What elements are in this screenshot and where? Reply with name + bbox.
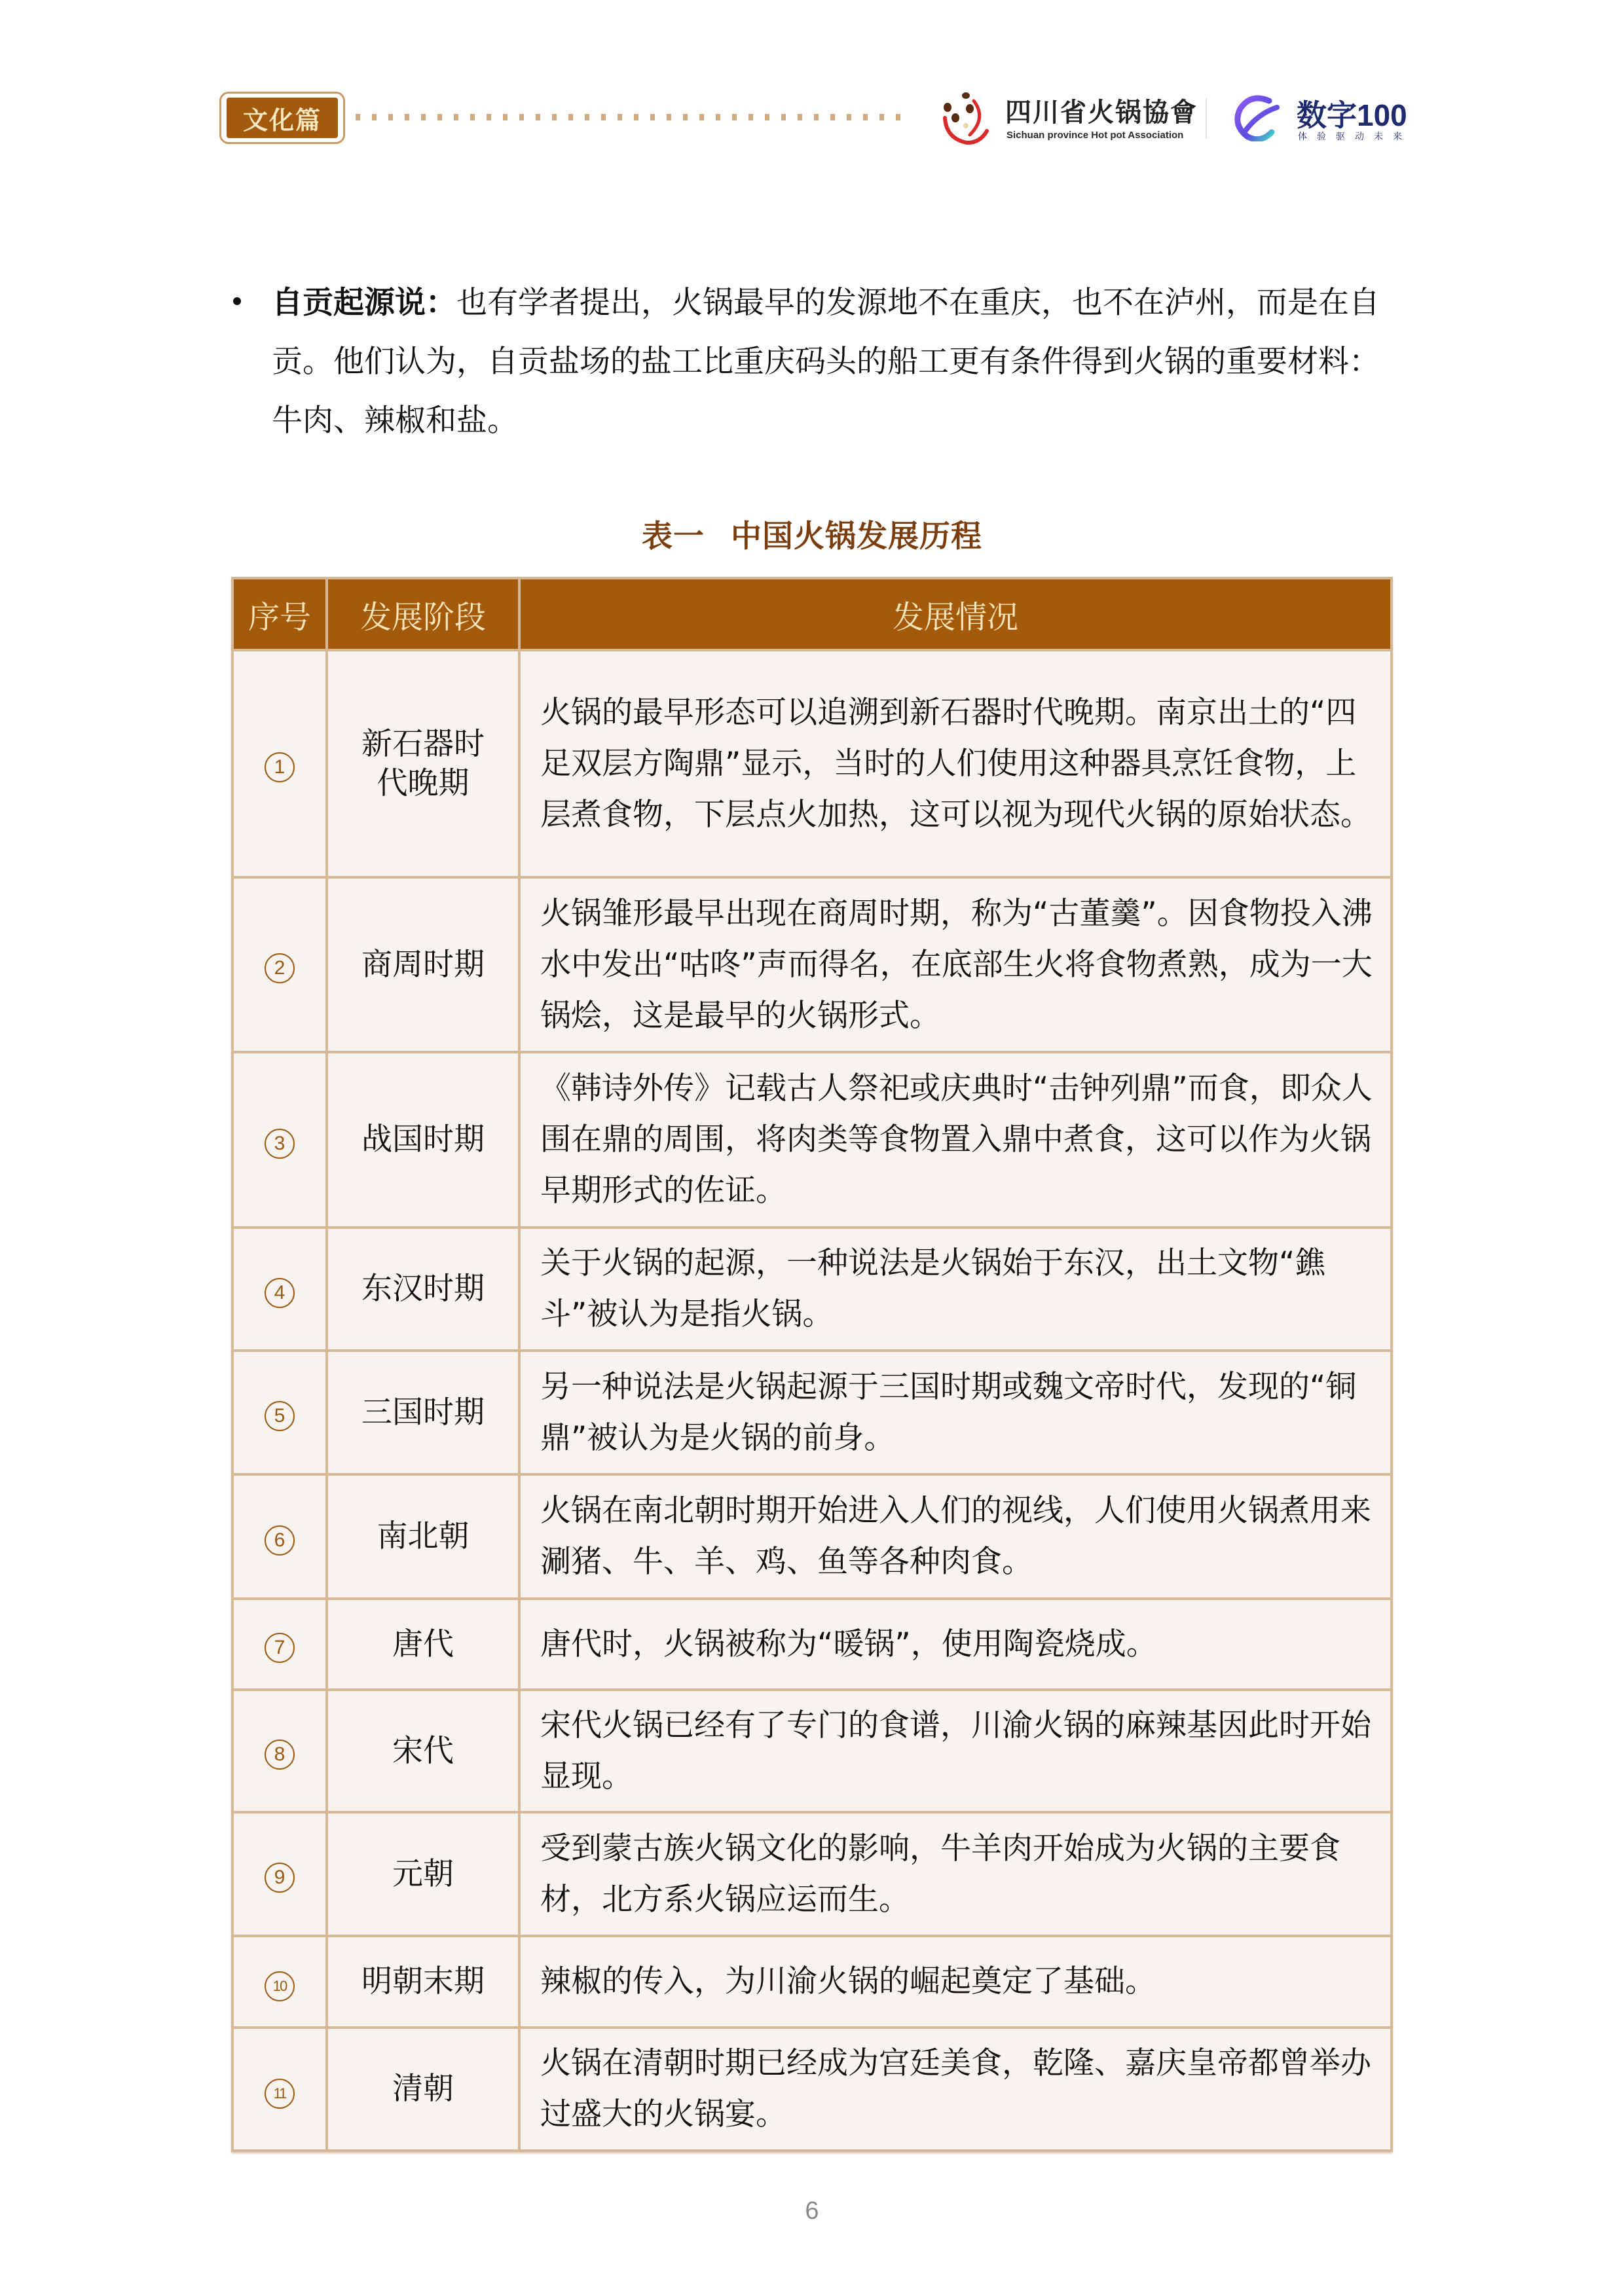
table-row: 2 商周时期 火锅雏形最早出现在商周时期，称为“古董羹”。因食物投入沸水中发出“… [232, 877, 1392, 1052]
row-number: 11 [232, 2028, 327, 2151]
row-number: 1 [232, 650, 327, 877]
row-number: 7 [232, 1599, 327, 1690]
row-description: 火锅在南北朝时期开始进入人们的视线，人们使用火锅煮用来涮猪、牛、羊、鸡、鱼等各种… [519, 1474, 1392, 1599]
circled-numeral: 6 [265, 1525, 295, 1556]
shuzi100-swirl-icon [1231, 94, 1283, 141]
row-description: 辣椒的传入，为川渝火锅的崛起奠定了基础。 [519, 1936, 1392, 2028]
table-title: 表一中国火锅发展历程 [0, 512, 1624, 556]
bullet-text: 自贡起源说：也有学者提出，火锅最早的发源地不在重庆，也不在泸州，而是在自贡。他们… [272, 274, 1395, 450]
table-row: 1 新石器时代晚期 火锅的最早形态可以追溯到新石器时代晚期。南京出土的“四足双层… [232, 650, 1392, 877]
row-stage: 南北朝 [327, 1474, 519, 1599]
table-row: 11 清朝 火锅在清朝时期已经成为宫廷美食，乾隆、嘉庆皇帝都曾举办过盛大的火锅宴… [232, 2028, 1392, 2151]
circled-numeral: 1 [265, 752, 295, 782]
row-description: 关于火锅的起源，一种说法是火锅始于东汉，出土文物“鐎斗”被认为是指火锅。 [519, 1228, 1392, 1351]
circled-numeral: 9 [265, 1863, 295, 1893]
row-stage: 东汉时期 [327, 1228, 519, 1351]
circled-numeral: 8 [265, 1740, 295, 1770]
panda-chili-icon [941, 92, 991, 145]
shuzi100-slogan: 体验驱动未来 [1298, 130, 1412, 143]
circled-numeral: 7 [265, 1633, 295, 1663]
table-row: 8 宋代 宋代火锅已经有了专门的食谱，川渝火锅的麻辣基因此时开始显现。 [232, 1690, 1392, 1812]
row-number: 2 [232, 877, 327, 1052]
row-stage: 清朝 [327, 2028, 519, 2151]
row-description: 《韩诗外传》记载古人祭祀或庆典时“击钟列鼎”而食，即众人围在鼎的周围，将肉类等食… [519, 1052, 1392, 1228]
section-badge: 文化篇 [219, 92, 345, 144]
bullet-label: 自贡起源说： [272, 285, 456, 321]
row-description: 受到蒙古族火锅文化的影响，牛羊肉开始成为火锅的主要食材，北方系火锅应运而生。 [519, 1812, 1392, 1936]
shuzi100-logo: 数字100 体验驱动未来 [1231, 92, 1408, 145]
table-row: 4 东汉时期 关于火锅的起源，一种说法是火锅始于东汉，出土文物“鐎斗”被认为是指… [232, 1228, 1392, 1351]
row-number: 4 [232, 1228, 327, 1351]
row-number: 6 [232, 1474, 327, 1599]
table-row: 5 三国时期 另一种说法是火锅起源于三国时期或魏文帝时代，发现的“铜鼎”被认为是… [232, 1351, 1392, 1474]
table-row: 6 南北朝 火锅在南北朝时期开始进入人们的视线，人们使用火锅煮用来涮猪、牛、羊、… [232, 1474, 1392, 1599]
row-number: 9 [232, 1812, 327, 1936]
bullet-dot-icon [233, 297, 241, 305]
circled-numeral: 2 [265, 953, 295, 983]
row-number: 8 [232, 1690, 327, 1812]
dotted-divider [356, 114, 912, 120]
section-badge-label: 文化篇 [243, 100, 322, 136]
row-description: 宋代火锅已经有了专门的食谱，川渝火锅的麻辣基因此时开始显现。 [519, 1690, 1392, 1812]
table-header-row: 序号 发展阶段 发展情况 [232, 578, 1392, 650]
table-row: 9 元朝 受到蒙古族火锅文化的影响，牛羊肉开始成为火锅的主要食材，北方系火锅应运… [232, 1812, 1392, 1936]
shuzi100-title: 数字100 [1297, 92, 1407, 135]
row-stage: 三国时期 [327, 1351, 519, 1474]
row-stage: 商周时期 [327, 877, 519, 1052]
circled-numeral: 4 [265, 1278, 295, 1308]
association-name-en: Sichuan province Hot pot Association [1006, 130, 1183, 141]
sichuan-hotpot-association-logo: 四川省火锅協會 Sichuan province Hot pot Associa… [941, 92, 1190, 145]
table-title-text: 中国火锅发展历程 [731, 519, 982, 555]
association-name-cn: 四川省火锅協會 [1005, 92, 1198, 129]
row-stage: 宋代 [327, 1690, 519, 1812]
row-description: 火锅的最早形态可以追溯到新石器时代晚期。南京出土的“四足双层方陶鼎”显示，当时的… [519, 650, 1392, 877]
circled-numeral: 5 [265, 1401, 295, 1431]
table-title-prefix: 表一 [642, 519, 705, 555]
row-description: 火锅在清朝时期已经成为宫廷美食，乾隆、嘉庆皇帝都曾举办过盛大的火锅宴。 [519, 2028, 1392, 2151]
column-header-description: 发展情况 [519, 578, 1392, 650]
circled-numeral: 11 [265, 2079, 295, 2109]
column-header-stage: 发展阶段 [327, 578, 519, 650]
table-row: 10 明朝末期 辣椒的传入，为川渝火锅的崛起奠定了基础。 [232, 1936, 1392, 2028]
row-number: 3 [232, 1052, 327, 1228]
column-header-number: 序号 [232, 578, 327, 650]
bullet-paragraph: 自贡起源说：也有学者提出，火锅最早的发源地不在重庆，也不在泸州，而是在自贡。他们… [229, 274, 1395, 450]
row-description: 唐代时，火锅被称为“暖锅”，使用陶瓷烧成。 [519, 1599, 1392, 1690]
circled-numeral: 10 [265, 1971, 295, 2001]
row-stage: 战国时期 [327, 1052, 519, 1228]
row-stage: 新石器时代晚期 [327, 650, 519, 877]
row-description: 火锅雏形最早出现在商周时期，称为“古董羹”。因食物投入沸水中发出“咕咚”声而得名… [519, 877, 1392, 1052]
row-number: 5 [232, 1351, 327, 1474]
table-row: 3 战国时期 《韩诗外传》记载古人祭祀或庆典时“击钟列鼎”而食，即众人围在鼎的周… [232, 1052, 1392, 1228]
row-description: 另一种说法是火锅起源于三国时期或魏文帝时代，发现的“铜鼎”被认为是火锅的前身。 [519, 1351, 1392, 1474]
hotpot-history-table: 序号 发展阶段 发展情况 1 新石器时代晚期 火锅的最早形态可以追溯到新石器时代… [231, 577, 1393, 2152]
row-stage: 元朝 [327, 1812, 519, 1936]
logo-divider [1206, 98, 1207, 139]
row-stage: 唐代 [327, 1599, 519, 1690]
circled-numeral: 3 [265, 1129, 295, 1159]
row-stage: 明朝末期 [327, 1936, 519, 2028]
row-number: 10 [232, 1936, 327, 2028]
section-badge-inner: 文化篇 [227, 98, 338, 138]
table-row: 7 唐代 唐代时，火锅被称为“暖锅”，使用陶瓷烧成。 [232, 1599, 1392, 1690]
page-number: 6 [0, 2197, 1624, 2225]
